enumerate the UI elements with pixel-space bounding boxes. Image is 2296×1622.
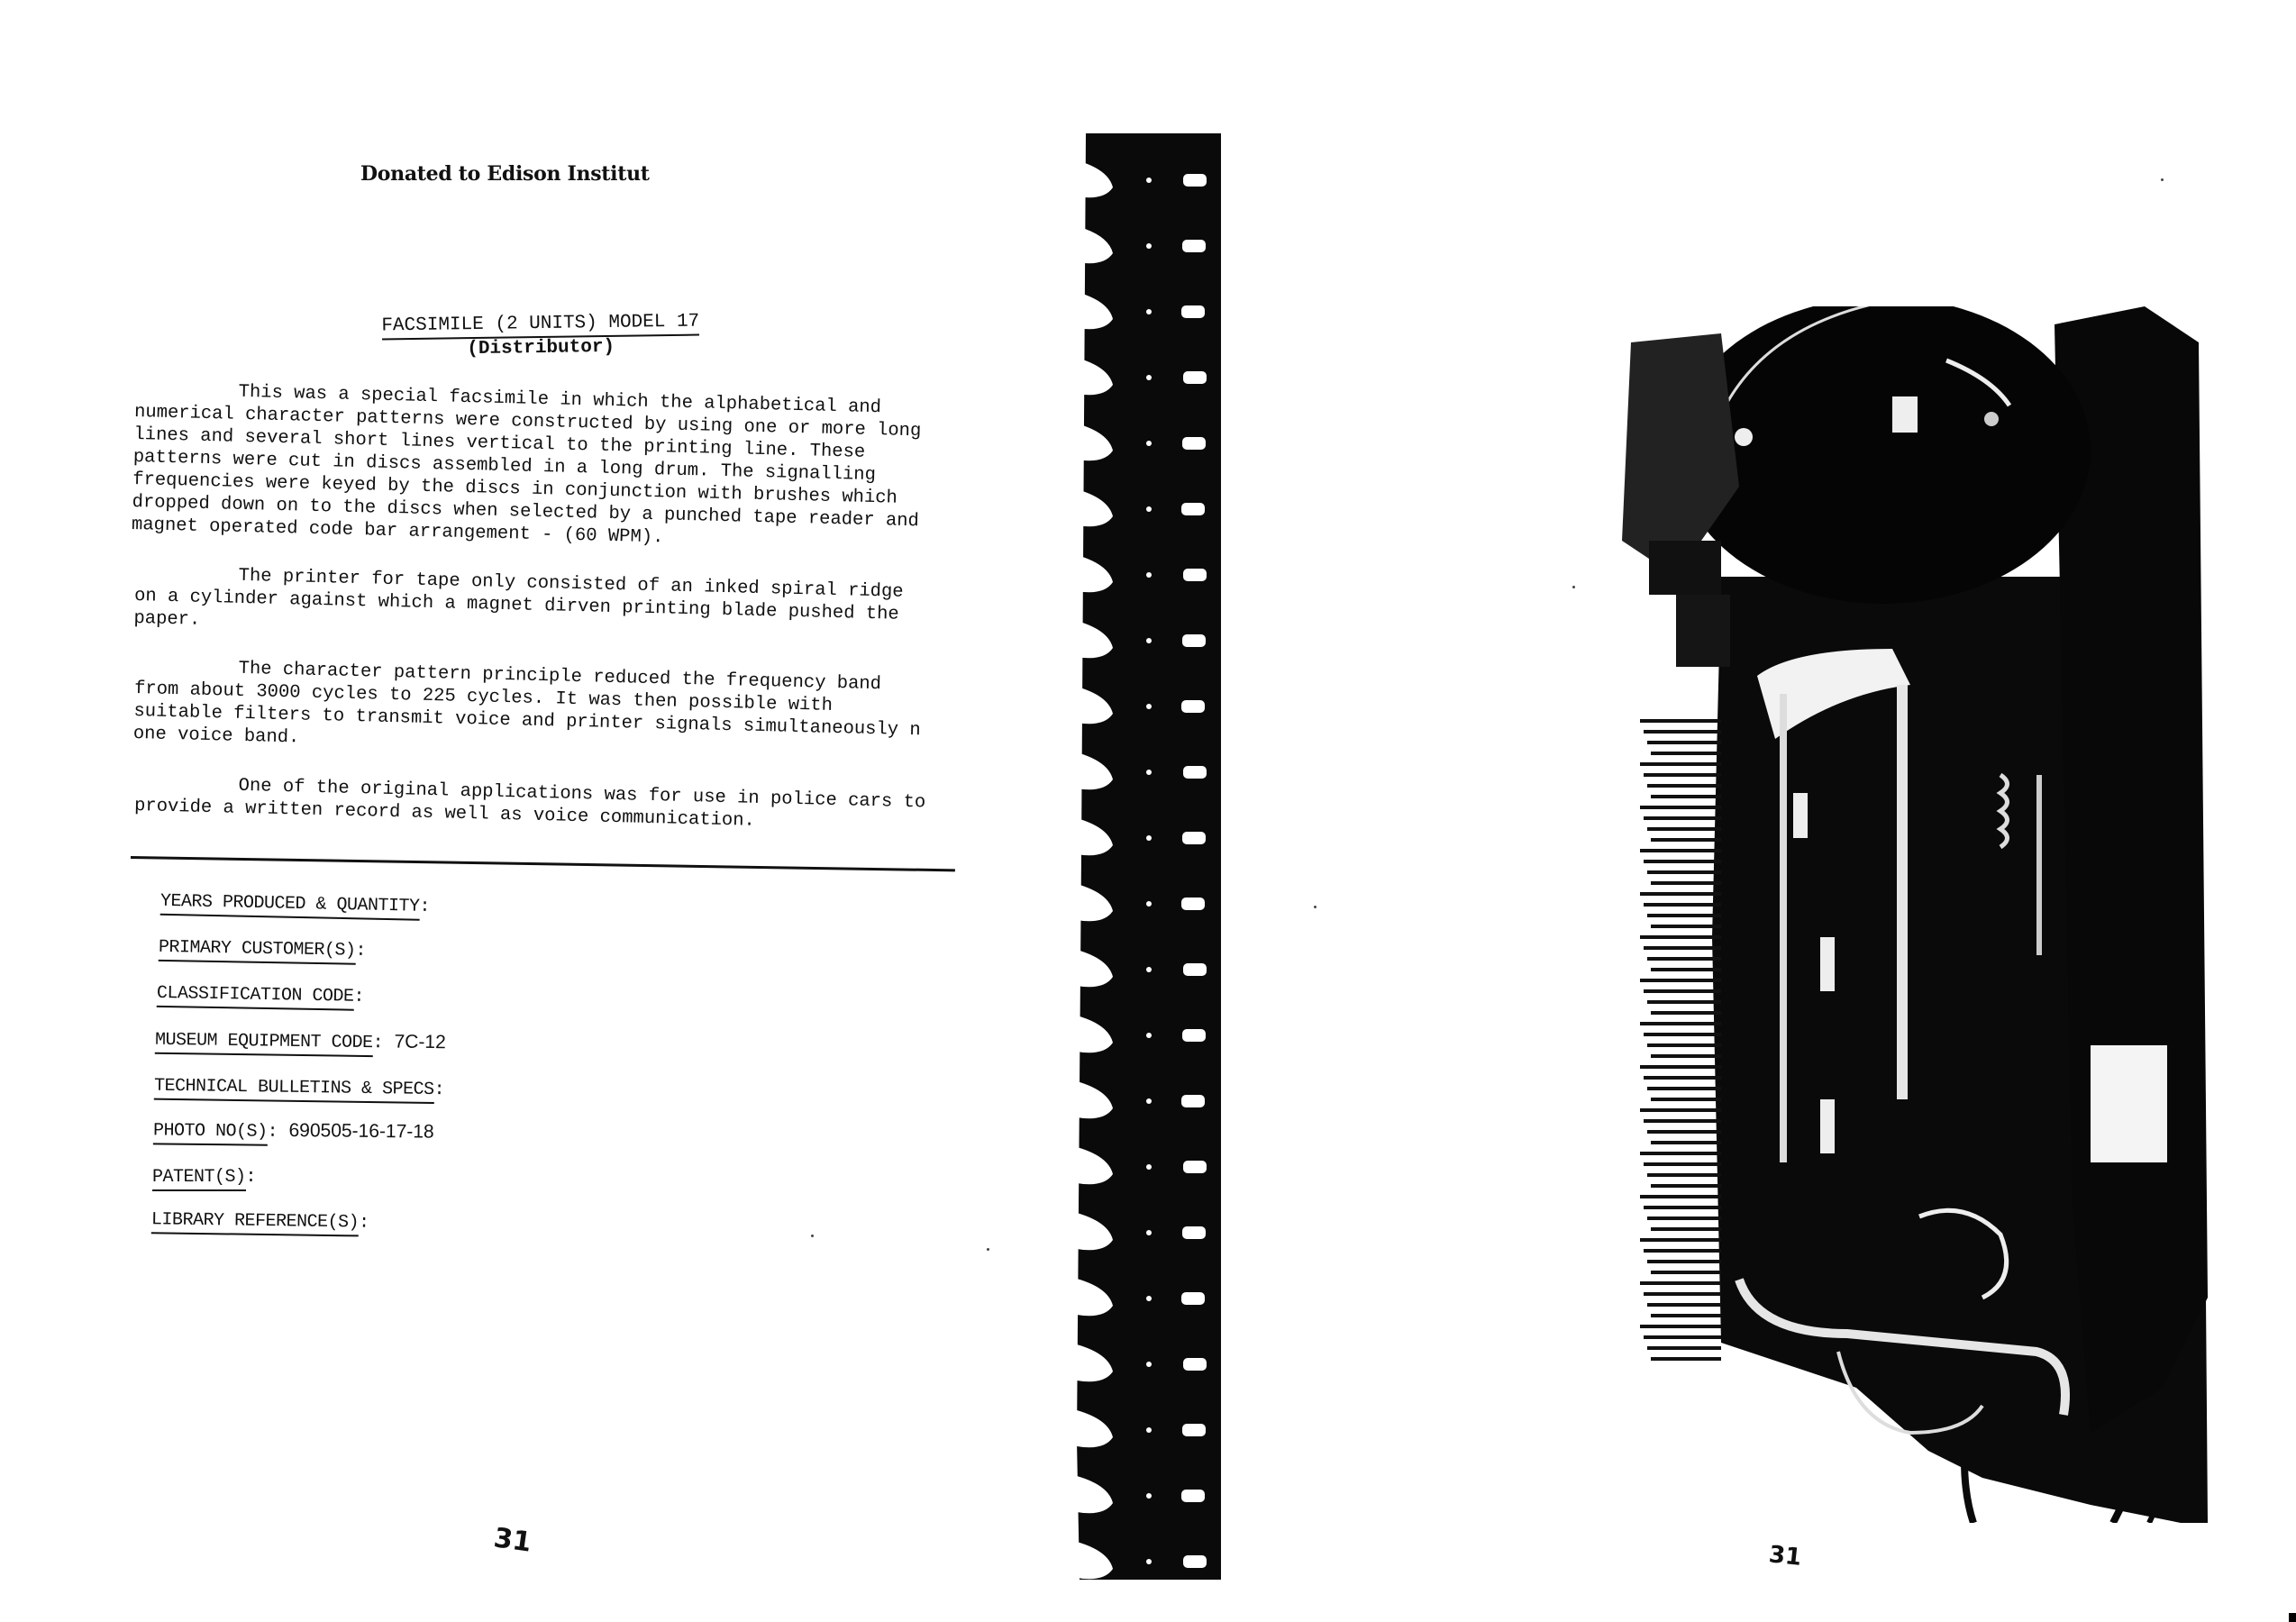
- field-value: 690505-16-17-18: [288, 1120, 433, 1143]
- paragraph-3: The character pattern principle reduced …: [133, 655, 928, 764]
- field-photo-numbers: PHOTO NO(S):690505-16-17-18: [153, 1118, 434, 1144]
- document-title: FACSIMILE (2 UNITS) MODEL 17 (Distributo…: [369, 311, 713, 360]
- left-page: Donated to Edison Institut FACSIMILE (2 …: [0, 0, 1036, 1622]
- field-years-produced: YEARS PRODUCED & QUANTITY:: [160, 889, 442, 918]
- paragraph-text: The character pattern principle reduced …: [133, 655, 928, 764]
- scan-speck: [1572, 586, 1575, 588]
- scan-edge-mark: [2289, 1613, 2296, 1622]
- paragraph-text: The printer for tape only consisted of a…: [133, 562, 928, 649]
- field-museum-equipment-code: MUSEUM EQUIPMENT CODE:7C-12: [155, 1028, 446, 1055]
- title-line-1: FACSIMILE (2 UNITS) MODEL 17: [381, 312, 699, 341]
- paragraph-text: This was a special facsimile in which th…: [132, 378, 928, 555]
- field-patents: PATENT(S):: [152, 1165, 268, 1188]
- field-value: 7C-12: [394, 1031, 446, 1052]
- scan-speck: [987, 1248, 989, 1251]
- paragraph-2: The printer for tape only consisted of a…: [133, 562, 928, 649]
- field-primary-customers: PRIMARY CUSTOMER(S):: [159, 935, 378, 961]
- field-label: TECHNICAL BULLETINS & SPECS: [154, 1076, 434, 1104]
- field-label: MUSEUM EQUIPMENT CODE: [155, 1030, 373, 1057]
- scan-speck: [811, 1235, 814, 1237]
- machine-graphic: [1586, 306, 2208, 1523]
- section-divider: [131, 856, 955, 871]
- paragraph-1: This was a special facsimile in which th…: [132, 378, 928, 555]
- paragraph-4: One of the original applications was for…: [134, 772, 928, 836]
- field-label: LIBRARY REFERENCE(S): [151, 1209, 359, 1236]
- field-technical-bulletins: TECHNICAL BULLETINS & SPECS:: [154, 1074, 456, 1101]
- field-label: CLASSIFICATION CODE: [157, 983, 354, 1011]
- distributor-machine-photo: [1586, 306, 2208, 1523]
- field-label: PRIMARY CUSTOMER(S): [159, 937, 356, 965]
- field-label: PHOTO NO(S): [153, 1120, 268, 1145]
- field-label: PATENT(S): [152, 1167, 246, 1191]
- printed-tape-strip-image: [1077, 133, 1257, 1580]
- field-classification-code: CLASSIFICATION CODE:: [157, 981, 376, 1007]
- right-page-number: 31: [1768, 1541, 1803, 1572]
- paragraph-text: One of the original applications was for…: [134, 772, 928, 836]
- left-page-number: 31: [492, 1522, 533, 1558]
- field-label: YEARS PRODUCED & QUANTITY: [160, 891, 420, 921]
- donation-note: Donated to Edison Institut: [360, 162, 650, 186]
- field-library-references: LIBRARY REFERENCE(S):: [151, 1207, 380, 1234]
- tape-strip-graphic: [1077, 133, 1257, 1580]
- scan-speck: [2161, 178, 2164, 181]
- scan-speck: [1314, 906, 1317, 908]
